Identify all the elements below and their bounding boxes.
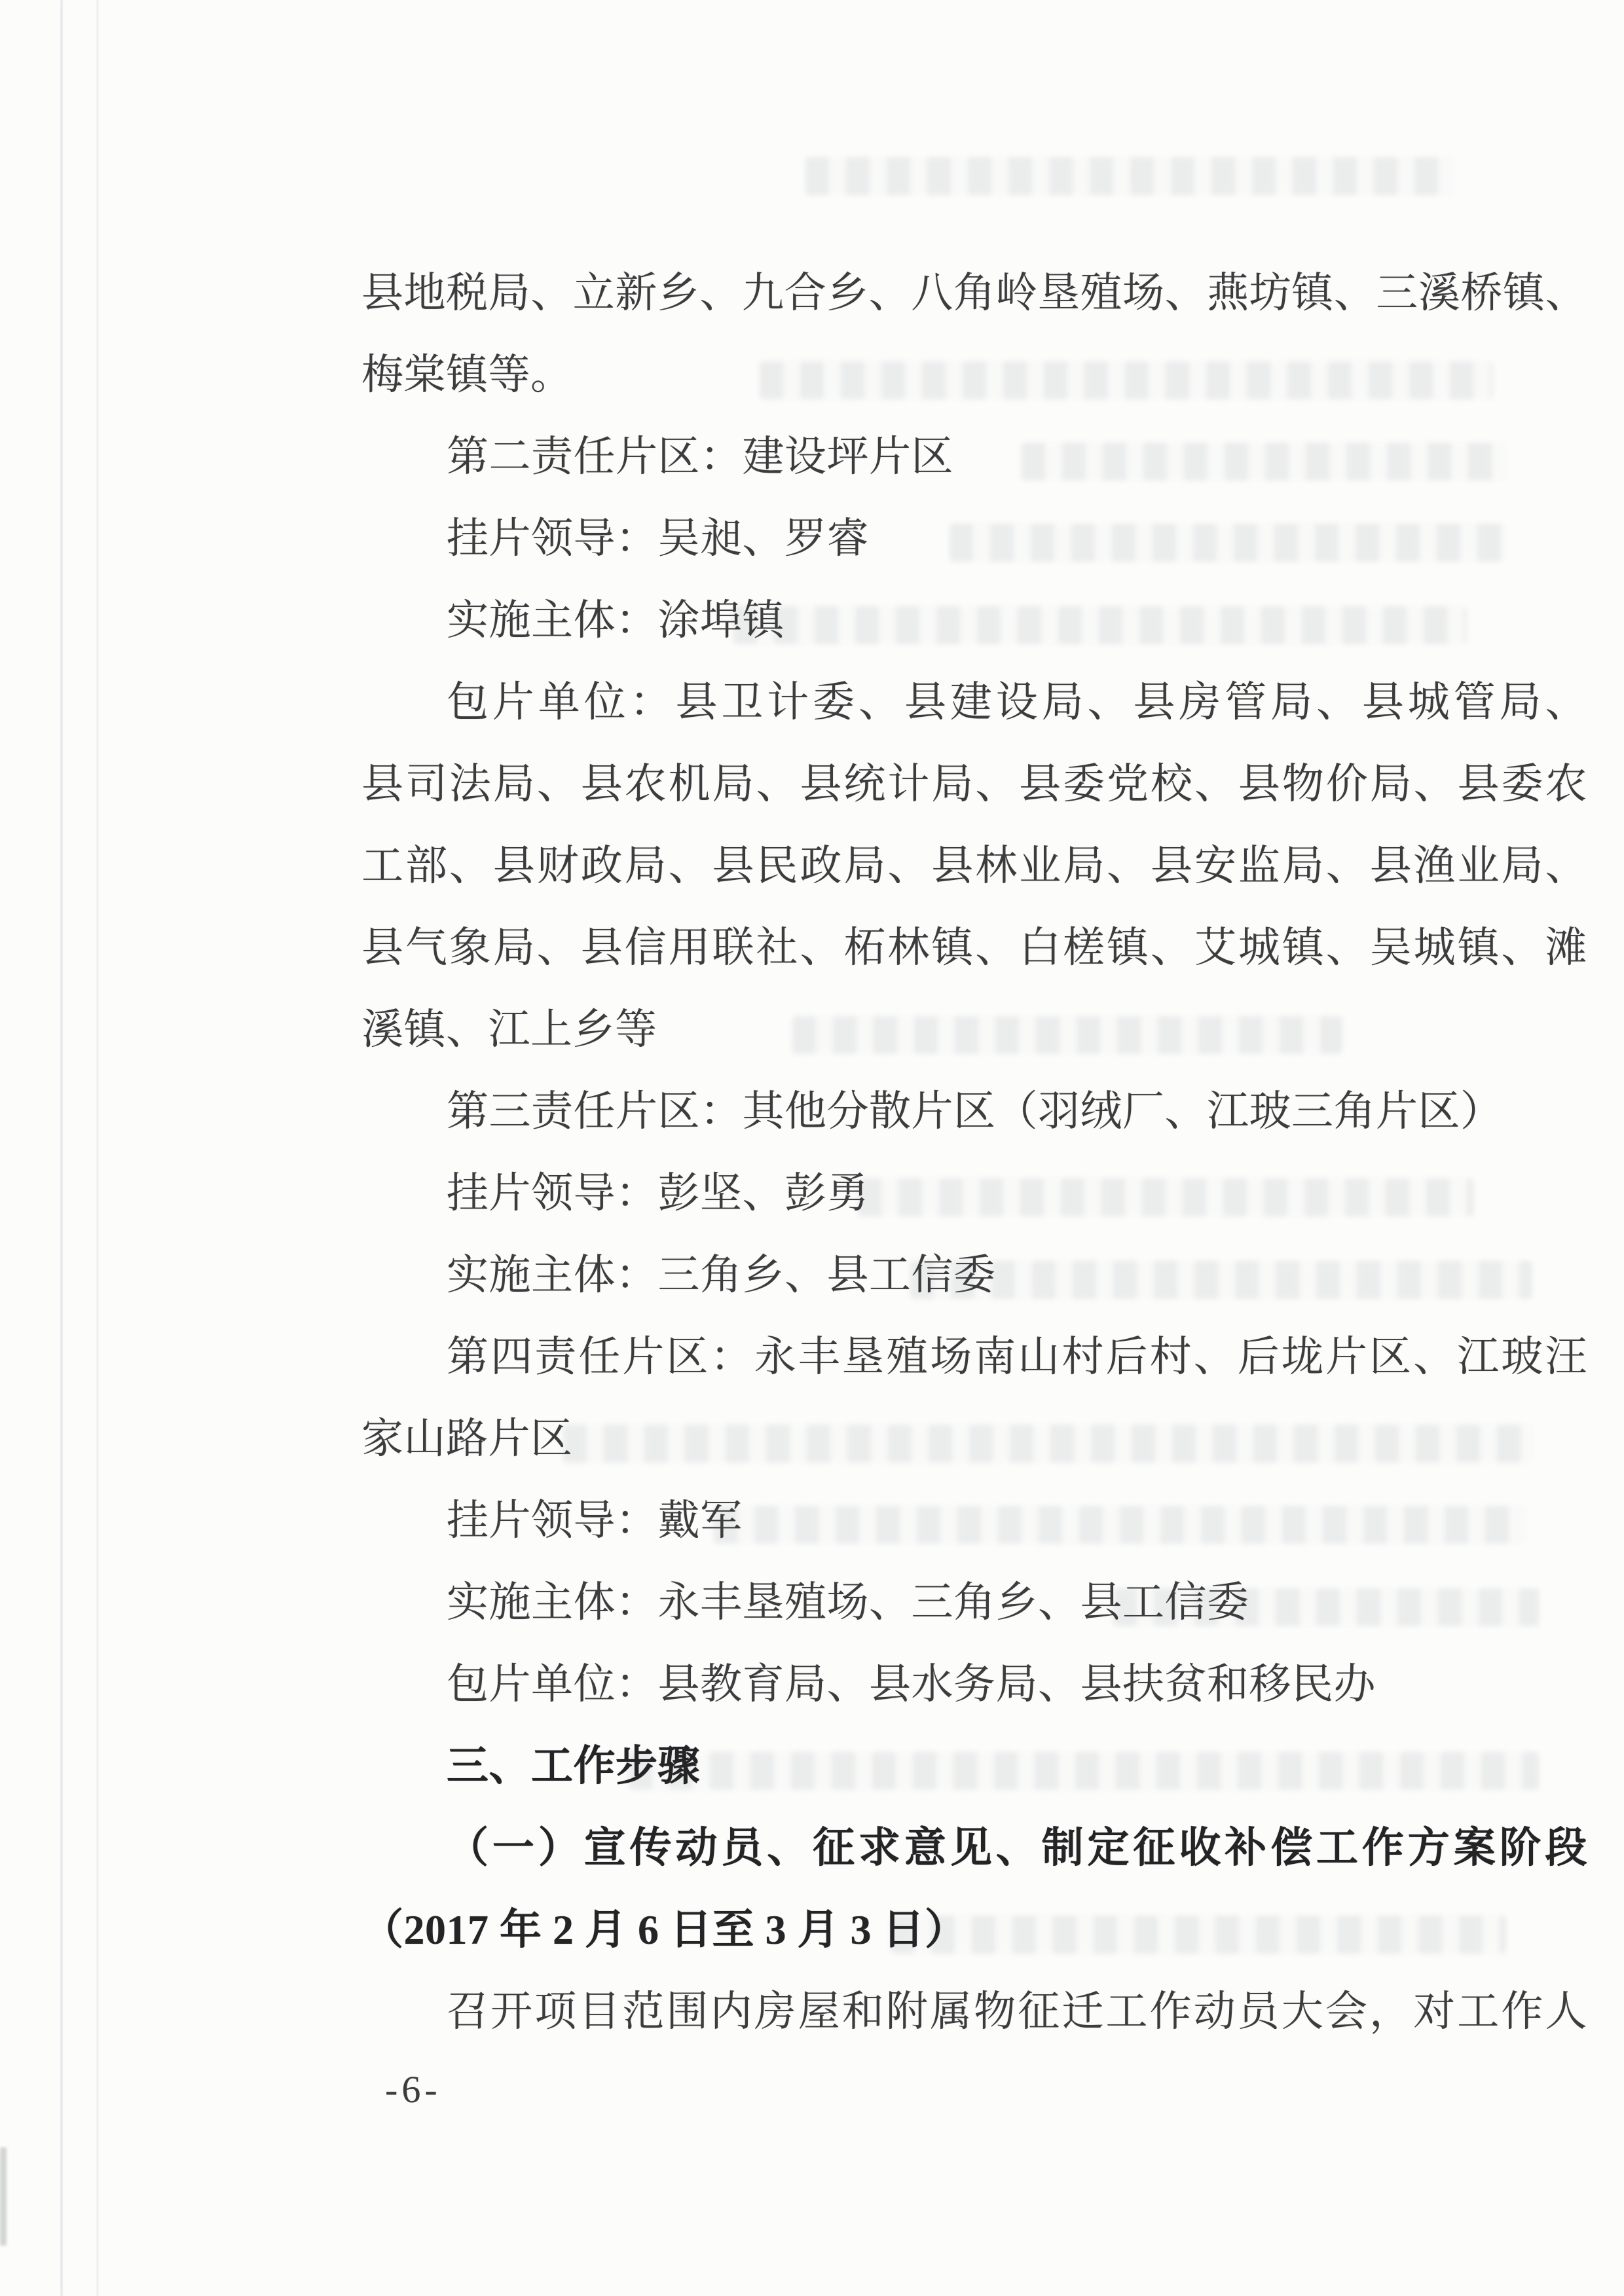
heading-line: （一）宣传动员、征求意见、制定征收补偿工作方案阶段 — [361, 1807, 1587, 1889]
text-line: 实施主体：涂埠镇 — [361, 579, 1587, 661]
text-line: 实施主体：三角乡、县工信委 — [361, 1234, 1587, 1316]
page-number: -6- — [385, 2069, 441, 2111]
text-line: 梅棠镇等。 — [361, 334, 1587, 416]
text-line: 工部、县财政局、县民政局、县林业局、县安监局、县渔业局、 — [361, 825, 1587, 907]
text-line: 实施主体：永丰垦殖场、三角乡、县工信委 — [361, 1561, 1587, 1643]
text-line: 挂片领导：吴昶、罗睿 — [361, 498, 1587, 579]
text-line: 家山路片区 — [361, 1398, 1587, 1480]
text-line: 包片单位：县教育局、县水务局、县扶贫和移民办 — [361, 1643, 1587, 1725]
bleed-through-artifact — [805, 157, 1454, 195]
heading-line: （2017 年 2 月 6 日至 3 月 3 日） — [361, 1889, 1587, 1971]
text-line: 县地税局、立新乡、九合乡、八角岭垦殖场、燕坊镇、三溪桥镇、 — [361, 252, 1587, 334]
edge-shadow-artifact — [0, 2147, 7, 2246]
fold-line-artifact — [61, 0, 62, 2296]
text-line: 溪镇、江上乡等 — [361, 989, 1587, 1070]
text-line: 召开项目范围内房屋和附属物征迁工作动员大会，对工作人 — [361, 1971, 1587, 2052]
text-line: 第四责任片区：永丰垦殖场南山村后村、后垅片区、江玻汪 — [361, 1316, 1587, 1398]
text-line: 挂片领导：彭坚、彭勇 — [361, 1152, 1587, 1234]
text-line: 第三责任片区：其他分散片区（羽绒厂、江玻三角片区） — [361, 1070, 1587, 1152]
text-line: 县气象局、县信用联社、柘林镇、白槎镇、艾城镇、吴城镇、滩 — [361, 907, 1587, 989]
scanned-document-page: 县地税局、立新乡、九合乡、八角岭垦殖场、燕坊镇、三溪桥镇、梅棠镇等。第二责任片区… — [0, 0, 1624, 2296]
text-line: 第二责任片区：建设坪片区 — [361, 416, 1587, 498]
heading-line: 三、工作步骤 — [361, 1725, 1587, 1807]
text-line: 县司法局、县农机局、县统计局、县委党校、县物价局、县委农 — [361, 743, 1587, 825]
document-body: 县地税局、立新乡、九合乡、八角岭垦殖场、燕坊镇、三溪桥镇、梅棠镇等。第二责任片区… — [361, 252, 1587, 2052]
text-line: 挂片领导：戴军 — [361, 1480, 1587, 1561]
fold-line-artifact — [97, 0, 98, 2296]
text-line: 包片单位：县卫计委、县建设局、县房管局、县城管局、 — [361, 661, 1587, 743]
